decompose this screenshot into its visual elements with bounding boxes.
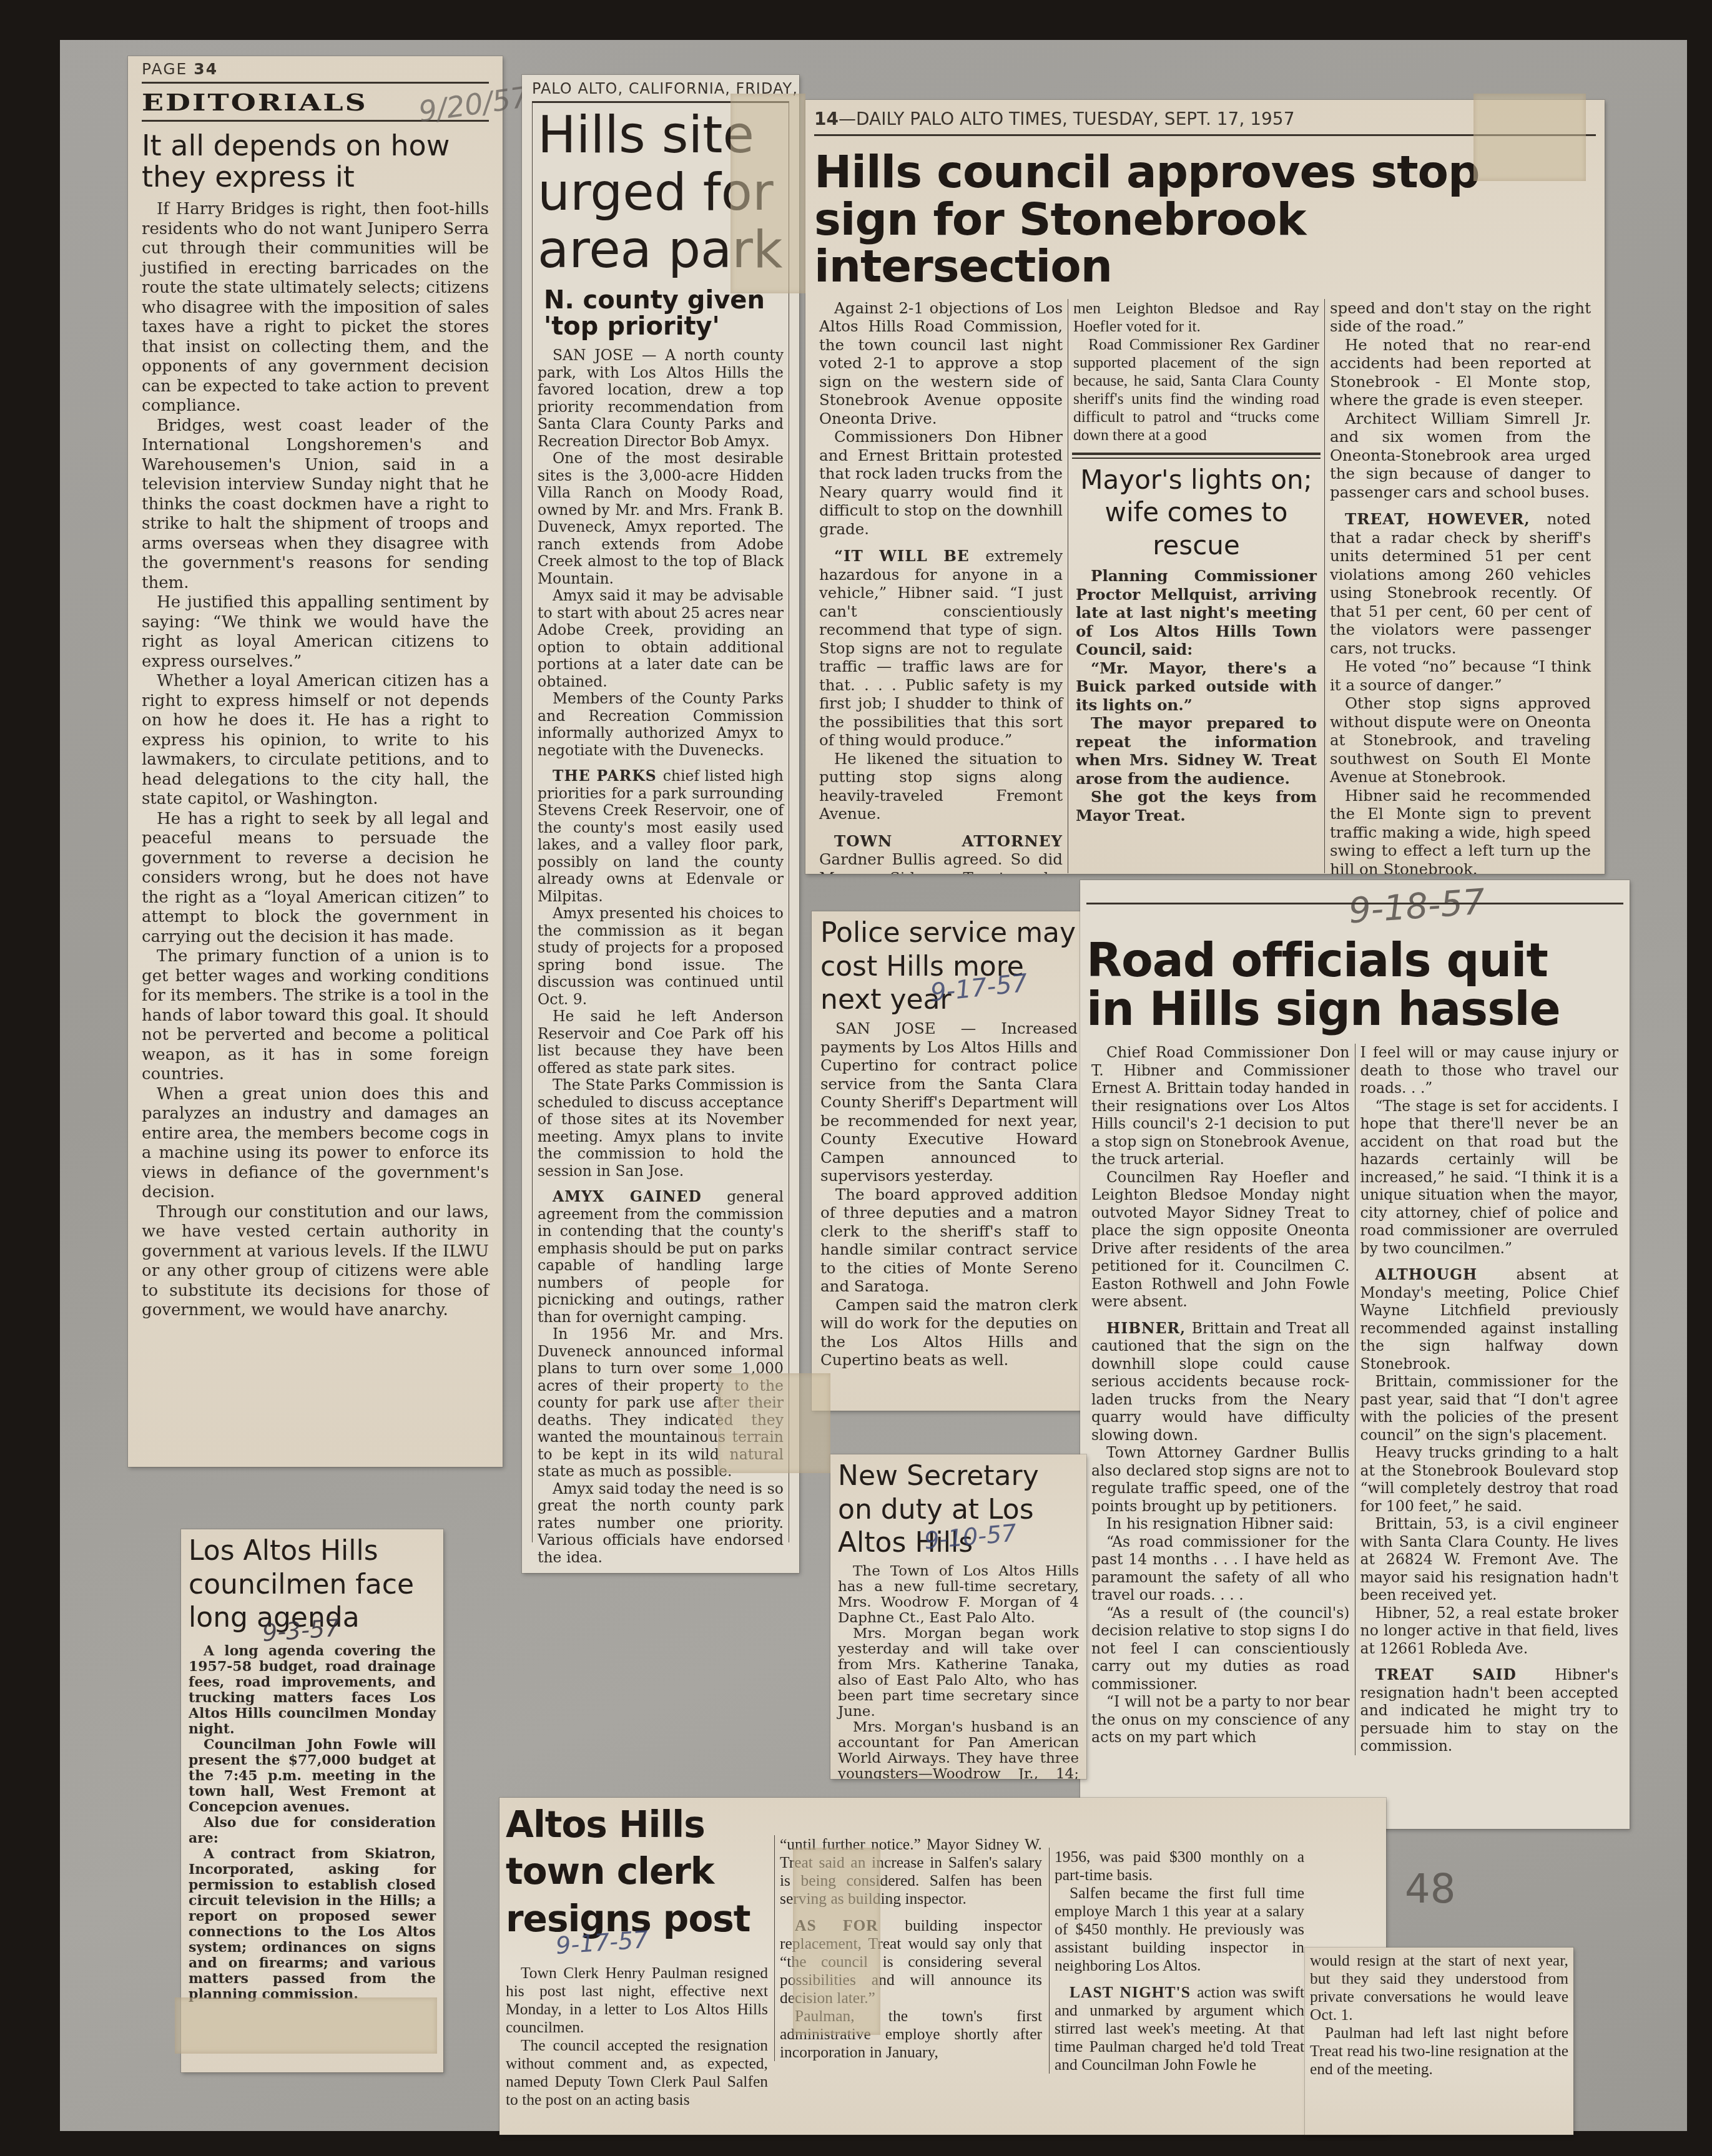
park-headline: Hills site urged for area park — [538, 107, 784, 278]
paragraph: Salfen became the first full time employ… — [1055, 1884, 1304, 1974]
paragraph: Architect William Simrell Jr. and six wo… — [1330, 409, 1591, 502]
paragraph: 1956, was paid $300 monthly on a part-ti… — [1055, 1848, 1304, 1884]
paragraph: The Town of Los Altos Hills has a new fu… — [838, 1564, 1079, 1626]
paragraph-lead: TREAT, HOWEVER, — [1345, 510, 1547, 528]
paragraph: In his resignation Hibner said: — [1091, 1515, 1350, 1533]
clerk-col-2: “until further notice.” Mayor Sidney W. … — [774, 1835, 1042, 2061]
secretary-clipping: New Secretary on duty at Los Altos Hills… — [830, 1454, 1086, 1779]
paragraph: “until further notice.” Mayor Sidney W. … — [780, 1835, 1042, 1908]
paragraph: Brittain, 53, is a civil engineer with S… — [1360, 1515, 1619, 1604]
paragraph: men Leighton Bledsoe and Ray Hoefler vot… — [1073, 299, 1319, 335]
mayor-body: Planning Commissioner Proctor Mellquist,… — [1076, 567, 1317, 825]
clerk-clipping: Altos Hills town clerk resigns post Town… — [499, 1798, 1386, 2135]
paragraph: Heavy trucks grinding to a halt at the S… — [1360, 1444, 1619, 1515]
paragraph: I feel will or may cause injury or death… — [1360, 1044, 1619, 1097]
paragraph: Other stop signs approved without disput… — [1330, 694, 1591, 786]
paragraph: Councilmen Ray Hoefler and Leighton Bled… — [1091, 1169, 1350, 1311]
road-officials-col-2: I feel will or may cause injury or death… — [1355, 1044, 1624, 1755]
paragraph: Paulman had left last night before Treat… — [1310, 2024, 1568, 2078]
paragraph: Commissioners Don Hibner and Ernest Brit… — [819, 428, 1063, 538]
paragraph: Planning Commissioner Proctor Mellquist,… — [1076, 567, 1317, 659]
stop-sign-col-3: speed and don't stay on the right side o… — [1324, 299, 1596, 873]
paragraph: He voted “no” because “I think it a sour… — [1330, 657, 1591, 694]
paragraph: SAN JOSE — Increased payments by Los Alt… — [820, 1019, 1078, 1185]
paragraph: Whether a loyal American citizen has a r… — [142, 672, 489, 810]
park-subhead: N. county given 'top priority' — [544, 287, 784, 340]
paragraph: When a great union does this and paralyz… — [142, 1085, 489, 1203]
paragraph: Road Commissioner Rex Gardiner supported… — [1073, 335, 1319, 444]
paragraph: If Harry Bridges is right, then foot-hil… — [142, 200, 489, 416]
paragraph: Campen said the matron clerk will do wor… — [820, 1296, 1078, 1370]
paragraph: AS FOR building inspector replacement, T… — [780, 1916, 1042, 2007]
police-article-clipping: Police service may cost Hills more next … — [812, 911, 1086, 1411]
secretary-body: The Town of Los Altos Hills has a new fu… — [838, 1564, 1079, 1779]
road-officials-headline: Road officials quit in Hills sign hassle — [1086, 937, 1561, 1034]
road-officials-col-1: Chief Road Commissioner Don T. Hibner an… — [1086, 1044, 1355, 1755]
paragraph: Paulman, the town's first administrative… — [780, 2007, 1042, 2061]
paragraph: HIBNER, Brittain and Treat all cautioned… — [1091, 1320, 1350, 1444]
paragraph: TREAT, HOWEVER, noted that a radar check… — [1330, 510, 1591, 657]
section-title: EDITORIALS — [142, 89, 489, 114]
park-article-clipping: PALO ALTO, CALIFORNIA, FRIDAY, SEPTEMBER… — [522, 75, 799, 1573]
paragraph: He said he left Anderson Reservoir and C… — [538, 1008, 784, 1077]
paragraph: “Mr. Mayor, there's a Buick parked outsi… — [1076, 659, 1317, 715]
paragraph: Town Attorney Gardner Bullis also declar… — [1091, 1444, 1350, 1515]
paragraph: A long agenda covering the 1957-58 budge… — [189, 1644, 436, 1737]
paragraph: Councilman John Fowle will present the $… — [189, 1737, 436, 1815]
clerk-col-1: Town Clerk Henry Paulman resigned his po… — [506, 1964, 768, 2109]
paragraph: He likened the situation to putting stop… — [819, 750, 1063, 823]
paragraph-lead: LAST NIGHT'S — [1070, 1983, 1197, 2001]
paragraph: Through our constitution and our laws, w… — [142, 1203, 489, 1321]
stop-sign-col-1: Against 2-1 objections of Los Altos Hill… — [814, 299, 1068, 873]
paragraph: Hibner, 52, a real estate broker no long… — [1360, 1604, 1619, 1658]
paragraph: “The stage is set for accidents. I hope … — [1360, 1097, 1619, 1258]
agenda-body: A long agenda covering the 1957-58 budge… — [189, 1644, 436, 2002]
paragraph: She got the keys from Mayor Treat. — [1076, 788, 1317, 825]
paragraph: He has a right to seek by all legal and … — [142, 810, 489, 948]
road-officials-clipping: Road officials quit in Hills sign hassle… — [1080, 880, 1630, 1829]
paragraph: Bridges, west coast leader of the Intern… — [142, 416, 489, 594]
paragraph: “As road commissioner for the past 14 mo… — [1091, 1533, 1350, 1604]
dateline: 14—DAILY PALO ALTO TIMES, TUESDAY, SEPT.… — [814, 109, 1596, 129]
paragraph: Brittain, commissioner for the past year… — [1360, 1373, 1619, 1444]
paragraph: The mayor prepared to repeat the informa… — [1076, 714, 1317, 788]
paragraph-lead: “IT WILL BE — [834, 547, 985, 565]
paragraph: Amyx said it may be advisable to start w… — [538, 587, 784, 690]
paragraph: TOWN ATTORNEY Gardner Bullis agreed. So … — [819, 832, 1063, 874]
paragraph-lead: AS FOR — [795, 1916, 905, 1934]
secretary-headline: New Secretary on duty at Los Altos Hills — [838, 1459, 1079, 1560]
clerk-col-4-text: would resign at the start of next year, … — [1310, 1951, 1568, 2078]
editorial-headline: It all depends on how they express it — [142, 130, 479, 192]
paragraph-lead: HIBNER, — [1106, 1320, 1192, 1337]
paragraph: Town Clerk Henry Paulman resigned his po… — [506, 1964, 768, 2036]
paragraph: The council accepted the resignation wit… — [506, 2036, 768, 2109]
paragraph: AMYX GAINED general agreement from the c… — [538, 1188, 784, 1326]
stop-sign-headline: Hills council approves stop sign for Sto… — [814, 149, 1588, 290]
paragraph: LAST NIGHT'S action was swift and unmark… — [1055, 1983, 1304, 2074]
paragraph: One of the most desirable sites is the 3… — [538, 450, 784, 587]
park-body: SAN JOSE — A north county park, with Los… — [538, 347, 784, 1566]
clerk-col-3: 1956, was paid $300 monthly on a part-ti… — [1049, 1848, 1304, 2074]
paragraph: ALTHOUGH absent at Monday's meeting, Pol… — [1360, 1266, 1619, 1373]
paragraph: Against 2-1 objections of Los Altos Hill… — [819, 299, 1063, 428]
page-label: PAGE 34 — [142, 60, 489, 78]
paragraph: Members of the County Parks and Recreati… — [538, 690, 784, 759]
paragraph: Hibner said he recommended the El Monte … — [1330, 786, 1591, 874]
paragraph: speed and don't stay on the right side o… — [1330, 299, 1591, 336]
paragraph: SAN JOSE — A north county park, with Los… — [538, 347, 784, 450]
paragraph: “I will not be a party to nor bear the o… — [1091, 1693, 1350, 1747]
paragraph: Mrs. Morgan's husband is an accountant f… — [838, 1720, 1079, 1779]
mayor-headline: Mayor's lights on; wife comes to rescue — [1076, 464, 1317, 562]
paragraph: He noted that no rear-end accidents had … — [1330, 336, 1591, 409]
editorial-clipping: PAGE 34 EDITORIALS It all depends on how… — [128, 56, 503, 1467]
paragraph: “IT WILL BE extremely hazardous for anyo… — [819, 547, 1063, 750]
paragraph-lead: AMYX GAINED — [553, 1188, 727, 1205]
agenda-headline: Los Altos Hills councilmen face long age… — [189, 1534, 436, 1635]
police-headline: Police service may cost Hills more next … — [820, 916, 1078, 1017]
paragraph: The primary function of a union is to ge… — [142, 947, 489, 1085]
dateline: PALO ALTO, CALIFORNIA, FRIDAY, SEPTEMBER… — [532, 80, 789, 97]
paragraph: Amyx presented his choices to the commis… — [538, 905, 784, 1008]
paragraph: He justified this appalling sentiment by… — [142, 593, 489, 672]
paragraph-lead: THE PARKS — [553, 767, 663, 785]
stop-sign-clipping: 14—DAILY PALO ALTO TIMES, TUESDAY, SEPT.… — [805, 100, 1605, 874]
stop-sign-col-2: men Leighton Bledsoe and Ray Hoefler vot… — [1068, 299, 1324, 444]
agenda-clipping: Los Altos Hills councilmen face long age… — [181, 1529, 443, 2072]
paragraph: Amyx said today the need is so great the… — [538, 1481, 784, 1567]
paragraph: In 1956 Mr. and Mrs. Duveneck announced … — [538, 1326, 784, 1481]
editorial-body: If Harry Bridges is right, then foot-hil… — [142, 200, 489, 1321]
paragraph-lead: TREAT SAID — [1375, 1666, 1555, 1683]
paragraph-lead: ALTHOUGH — [1375, 1266, 1517, 1283]
paragraph: TREAT SAID Hibner's resignation hadn't b… — [1360, 1666, 1619, 1755]
paragraph: The board approved addition of three dep… — [820, 1185, 1078, 1296]
mayor-lights-box: Mayor's lights on; wife comes to rescue … — [1068, 459, 1324, 830]
paragraph: “As a result of (the council's) decision… — [1091, 1604, 1350, 1693]
paragraph: Chief Road Commissioner Don T. Hibner an… — [1091, 1044, 1350, 1169]
paragraph: THE PARKS chief listed high priorities f… — [538, 768, 784, 905]
police-body: SAN JOSE — Increased payments by Los Alt… — [820, 1019, 1078, 1370]
paragraph: would resign at the start of next year, … — [1310, 1951, 1568, 2024]
paragraph: The State Parks Commission is scheduled … — [538, 1077, 784, 1180]
paragraph: Mrs. Morgan began work yesterday and wil… — [838, 1626, 1079, 1720]
clerk-clipping-continued: would resign at the start of next year, … — [1305, 1948, 1573, 2135]
paragraph-lead: TOWN ATTORNEY — [834, 832, 1063, 850]
paragraph: A contract from Skiatron, Incorporated, … — [189, 1846, 436, 2002]
clerk-headline: Altos Hills town clerk resigns post — [506, 1801, 768, 1943]
paragraph: Also due for consideration are: — [189, 1815, 436, 1846]
